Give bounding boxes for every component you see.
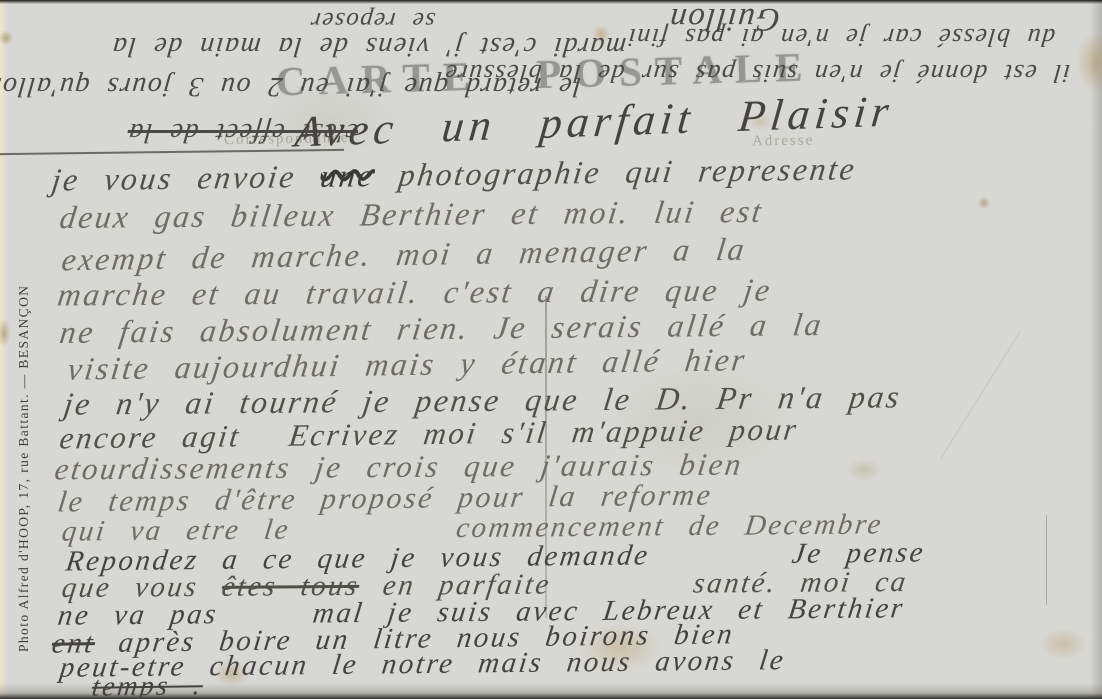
signature-flipped: Guillon (578, 2, 781, 35)
message-text: photographie qui represente (372, 150, 859, 193)
message-line: ne fais absolument rien. Je serais allé … (58, 308, 825, 348)
message-line: ne va pas mal je suis avec Lebreux et Be… (56, 594, 907, 630)
message-line: marche et au travail. c'est a dire que j… (56, 273, 774, 310)
message-line: je n'y ai tourné je pense que le D. Pr n… (62, 380, 903, 419)
message-text: après boire un litre nous boirons bien (93, 618, 736, 659)
divider-line-lower (1046, 515, 1047, 605)
struck-word: ent (50, 627, 97, 660)
message-text: en parfaite santé. moi ca (357, 566, 910, 602)
message-line: exempt de marche. moi a menager a la (60, 233, 748, 276)
message-line: temps . (90, 672, 204, 699)
message-line: visite aujourdhui mais y étant allé hier (66, 343, 749, 385)
postcard-paper: CARTE POSTALE Correspondance Adresse Pho… (0, 0, 1102, 699)
message-text: je vous envoie (50, 158, 323, 198)
message-text: que vous (60, 571, 224, 604)
message-line: le temps d'être proposé pour la reforme (56, 481, 714, 518)
message-line: je vous envoie une photographie qui repr… (50, 152, 858, 195)
scanned-postcard: CARTE POSTALE Correspondance Adresse Pho… (0, 0, 1102, 699)
paper-crease (940, 331, 1020, 459)
message-line: ent après boire un litre nous boirons bi… (50, 620, 736, 659)
message-line: Repondez a ce que je vous demande Je pen… (64, 538, 927, 576)
carte-postale-printed-title: CARTE POSTALE (275, 42, 816, 105)
message-line: etourdissements je crois que j'aurais bi… (53, 449, 745, 485)
photographer-imprint: Photo Alfred d'HOOP, 17, rue Battant. — … (16, 196, 32, 652)
message-line: qui va etre le commencement de Decembre (60, 510, 885, 546)
struck-words: êtes tous (220, 570, 361, 603)
divider-line (545, 296, 547, 618)
pen-strike-line (0, 149, 344, 155)
address-label: Adresse (752, 132, 815, 150)
message-line: que vous êtes tous en parfaite santé. mo… (60, 568, 910, 603)
message-line: deux gas billeux Berthier et moi. lui es… (58, 195, 766, 233)
correspondence-label: Correspondance (224, 130, 350, 149)
flipped-note: se reposer (244, 8, 437, 33)
message-line: encore agit Ecrivez moi s'il m'appuie po… (58, 413, 800, 453)
struck-word: une (318, 157, 376, 194)
message-line: peut-etre chacun le notre mais nous avon… (58, 646, 787, 683)
